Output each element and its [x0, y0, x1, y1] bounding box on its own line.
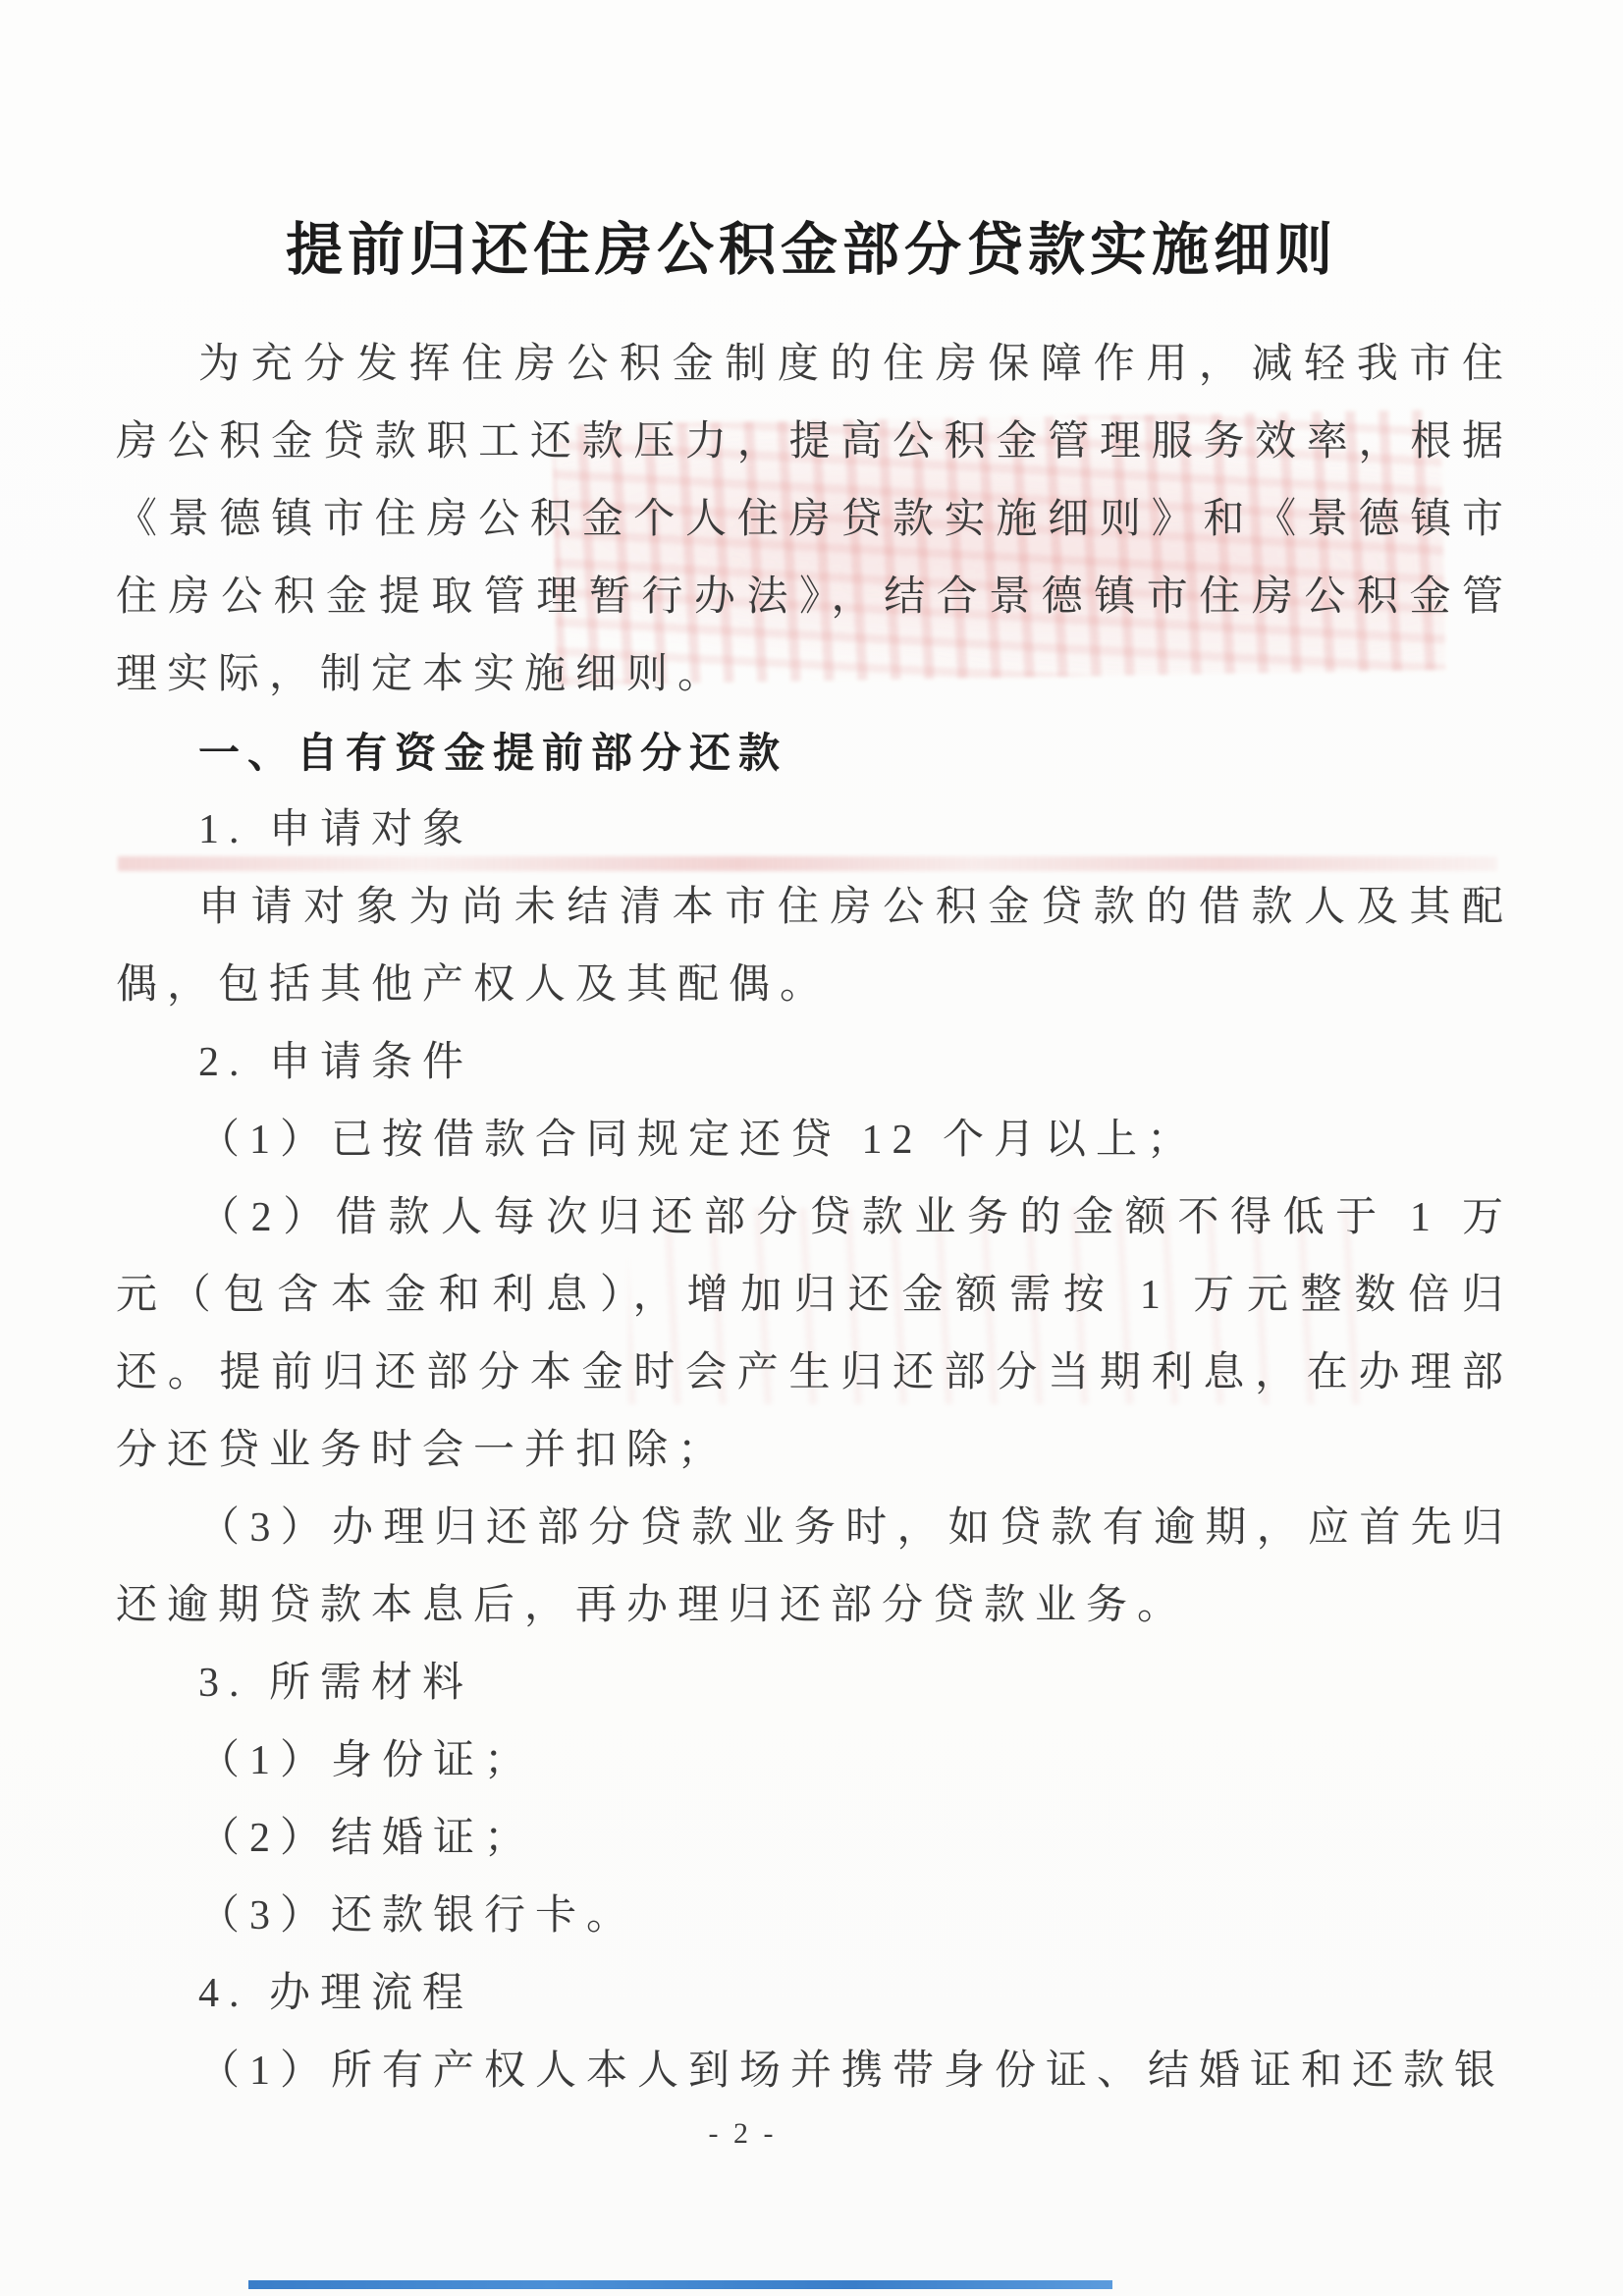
paragraph-10: （1）身份证； — [116, 1722, 1513, 1800]
subheading-5: 2. 申请条件 — [116, 1024, 1513, 1102]
paragraph-12: （3）还款银行卡。 — [116, 1878, 1513, 1955]
subheading-3: 1. 申请对象 — [116, 792, 1513, 869]
paragraph-8: （3）办理归还部分贷款业务时，如贷款有逾期，应首先归还逾期贷款本息后，再办理归还… — [116, 1490, 1513, 1645]
paragraph-1: 为充分发挥住房公积金制度的住房保障作用，减轻我市住房公积金贷款职工还款压力，提高… — [116, 326, 1513, 714]
page-number: - 2 - — [0, 2117, 1554, 2151]
paragraph-7: （2）借款人每次归还部分贷款业务的金额不得低于 1 万元（包含本金和利息），增加… — [116, 1179, 1513, 1490]
heading-2: 一、自有资金提前部分还款 — [116, 714, 1513, 792]
document-title: 提前归还住房公积金部分贷款实施细则 — [0, 203, 1623, 286]
paragraph-4: 申请对象为尚未结清本市住房公积金贷款的借款人及其配偶，包括其他产权人及其配偶。 — [116, 869, 1513, 1024]
blue-scan-line-artifact — [248, 2280, 1112, 2289]
scanned-page: 提前归还住房公积金部分贷款实施细则 为充分发挥住房公积金制度的住房保障作用，减轻… — [0, 0, 1623, 2296]
document-body: 为充分发挥住房公积金制度的住房保障作用，减轻我市住房公积金贷款职工还款压力，提高… — [116, 326, 1513, 2110]
paragraph-11: （2）结婚证； — [116, 1800, 1513, 1878]
subheading-13: 4. 办理流程 — [116, 1955, 1513, 2033]
subheading-9: 3. 所需材料 — [116, 1645, 1513, 1722]
paragraph-14: （1）所有产权人本人到场并携带身份证、结婚证和还款银 — [116, 2033, 1513, 2110]
paragraph-6: （1）已按借款合同规定还贷 12 个月以上； — [116, 1102, 1513, 1179]
